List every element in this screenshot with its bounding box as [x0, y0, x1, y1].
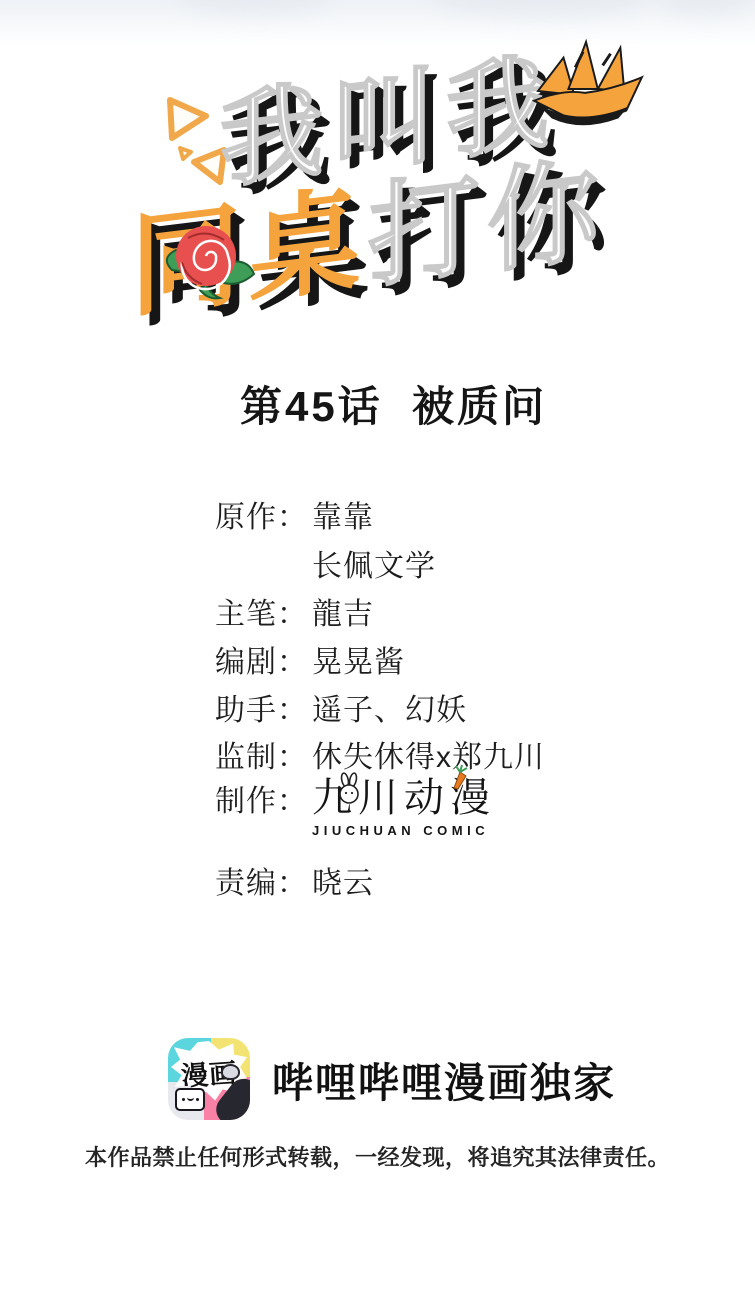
credit-row-original-source: 长佩文学 — [215, 541, 436, 585]
icon-fist-shape — [221, 1064, 240, 1080]
credit-label: 主笔： — [215, 589, 312, 633]
credit-value: 长佩文学 — [312, 541, 436, 585]
credit-row-screenwriter: 编剧： 晃晃酱 — [215, 637, 405, 681]
credit-row-assistants: 助手： 遥子、幻妖 — [215, 685, 467, 729]
copyright-notice: 本作品禁止任何形式转载，一经发现，将追究其法律责任。 — [0, 1141, 755, 1172]
publisher-exclusive-label: 哔哩哔哩漫画独家 — [272, 1050, 616, 1109]
credit-label: 监制： — [215, 732, 312, 776]
credit-label: 制作： — [215, 776, 312, 820]
credit-value: 晓云 — [312, 858, 374, 902]
tv-mascot-icon — [175, 1088, 205, 1111]
credit-value: 靠靠 — [312, 492, 374, 536]
credit-row-production-studio: 制作： 九川动漫 JIUCHUAN COMIC — [215, 776, 496, 838]
rabbit-icon — [336, 772, 362, 806]
credit-row-supervisors: 监制： 休失休得x郑九川 — [215, 732, 545, 776]
credit-row-lead-artist: 主笔： 龍吉 — [215, 589, 374, 633]
credit-row-original-author: 原作： 靠靠 — [215, 492, 374, 536]
faded-artwork-remnant — [660, 0, 750, 16]
studio-name-latin: JIUCHUAN COMIC — [312, 823, 496, 838]
series-title-line2-white: 打你 — [368, 144, 606, 304]
carrot-icon — [450, 764, 470, 790]
credit-label: 助手： — [215, 685, 312, 729]
credit-value: 龍吉 — [312, 589, 374, 633]
tv-eye — [196, 1098, 199, 1101]
publisher-row: 漫画 哔哩哔哩漫画独家 — [168, 1038, 616, 1120]
rose-icon — [158, 218, 260, 302]
bilibili-manga-app-icon: 漫画 — [168, 1038, 250, 1120]
tv-mouth — [187, 1097, 194, 1101]
faded-artwork-remnant — [430, 0, 650, 18]
faded-artwork-remnant — [180, 0, 330, 16]
manga-title-page: 我叫我 同桌打你 第45话 被质问 原作： 靠靠 长佩文学 — [0, 0, 755, 1311]
credit-value: 晃晃酱 — [312, 637, 405, 681]
chapter-title: 第45话 被质问 — [16, 374, 755, 434]
credit-label: 原作： — [215, 492, 312, 536]
studio-logo: 九川动漫 JIUCHUAN COMIC — [312, 776, 496, 838]
credit-row-editor: 责编： 晓云 — [215, 858, 374, 902]
credit-value: 休失休得x郑九川 — [312, 732, 545, 776]
credit-label: 责编： — [215, 858, 312, 902]
series-title-logo: 我叫我 同桌打你 — [128, 30, 668, 330]
credit-label: 编剧： — [215, 637, 312, 681]
credit-value: 遥子、幻妖 — [312, 685, 467, 729]
tv-eye — [182, 1098, 185, 1101]
